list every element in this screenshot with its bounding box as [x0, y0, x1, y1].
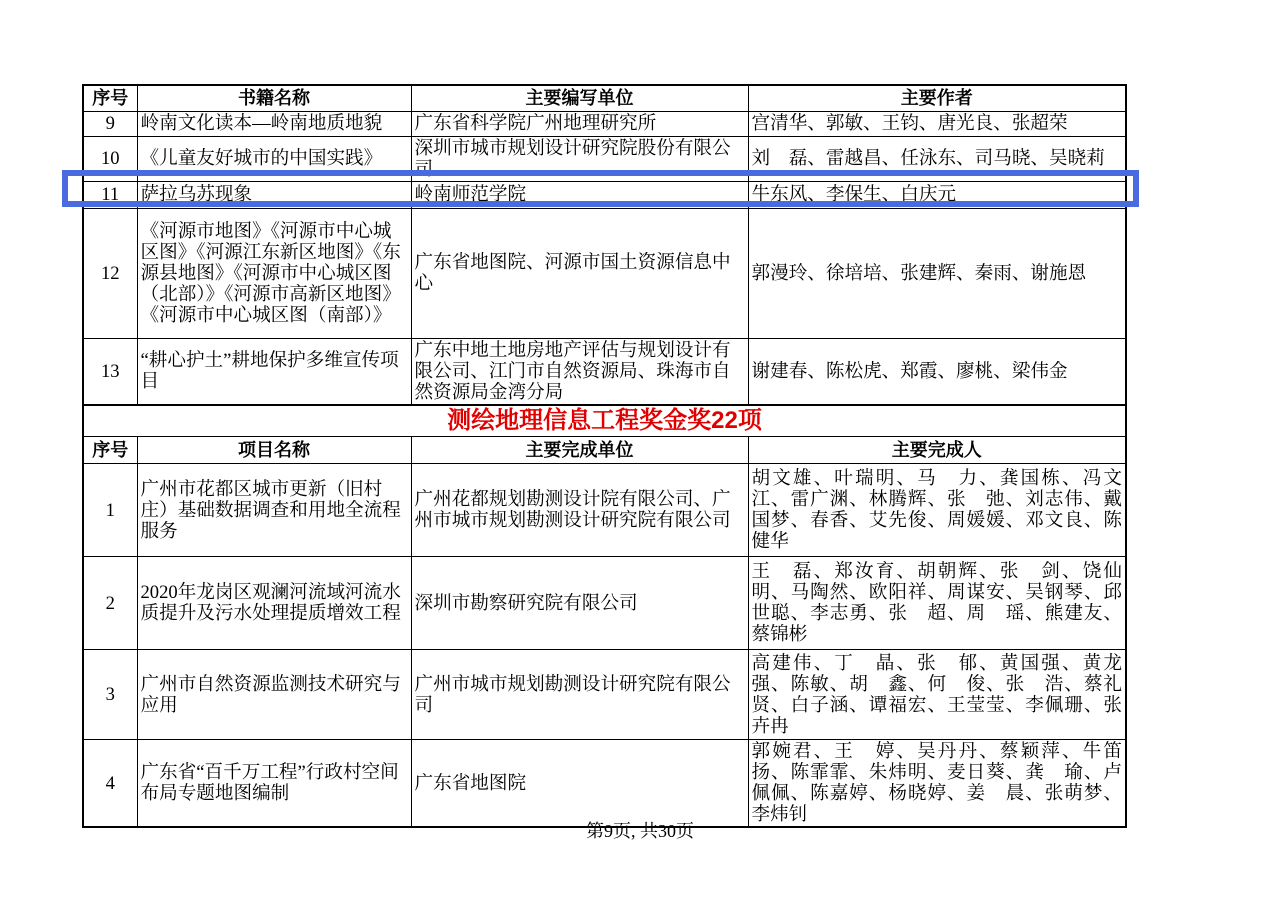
cell-unit: 广东中地土地房地产评估与规划设计有限公司、江门市自然资源局、珠海市自然资源局金湾…	[411, 338, 748, 405]
cell-book-name: 萨拉乌苏现象	[137, 181, 411, 208]
column-header-seq: 序号	[83, 437, 137, 464]
cell-authors: 牛东风、李保生、白庆元	[748, 181, 1126, 208]
cell-authors: 宫清华、郭敏、王钧、唐光良、张超荣	[748, 111, 1126, 136]
cell-seq: 9	[83, 111, 137, 136]
column-header-authors: 主要作者	[748, 85, 1126, 111]
cell-unit: 广东省科学院广州地理研究所	[411, 111, 748, 136]
table-row: 9 岭南文化读本—岭南地质地貌 广东省科学院广州地理研究所 宫清华、郭敏、王钧、…	[83, 111, 1126, 136]
cell-book-name: 《儿童友好城市的中国实践》	[137, 136, 411, 181]
cell-seq: 12	[83, 208, 137, 338]
cell-unit: 深圳市城市规划设计研究院股份有限公司	[411, 136, 748, 181]
column-header-compiling-unit: 主要编写单位	[411, 85, 748, 111]
document-page: 序号 书籍名称 主要编写单位 主要作者 9 岭南文化读本—岭南地质地貌 广东省科…	[0, 0, 1280, 905]
cell-book-name: 《河源市地图》《河源市中心城区图》《河源江东新区地图》《东源县地图》《河源市中心…	[137, 208, 411, 338]
cell-unit: 广东省地图院、河源市国土资源信息中心	[411, 208, 748, 338]
cell-project-name: 2020年龙岗区观澜河流域河流水质提升及污水处理提质增效工程	[137, 557, 411, 650]
cell-completers: 高建伟、丁 晶、张 郁、黄国强、黄龙强、陈敏、胡 鑫、何 俊、张 浩、蔡礼贤、白…	[748, 650, 1126, 740]
books-header-row: 序号 书籍名称 主要编写单位 主要作者	[83, 85, 1126, 111]
cell-unit: 广州花都规划勘测设计院有限公司、广州市城市规划勘测设计研究院有限公司	[411, 464, 748, 557]
cell-unit: 广州市城市规划勘测设计研究院有限公司	[411, 650, 748, 740]
cell-authors: 郭漫玲、徐培培、张建辉、秦雨、谢施恩	[748, 208, 1126, 338]
table-row: 1 广州市花都区城市更新（旧村庄）基础数据调查和用地全流程服务 广州花都规划勘测…	[83, 464, 1126, 557]
page-number: 第9页, 共30页	[0, 820, 1280, 842]
projects-header-row: 序号 项目名称 主要完成单位 主要完成人	[83, 437, 1126, 464]
column-header-completing-unit: 主要完成单位	[411, 437, 748, 464]
column-header-book-name: 书籍名称	[137, 85, 411, 111]
cell-project-name: 广东省“百千万工程”行政村空间布局专题地图编制	[137, 740, 411, 828]
table-row: 4 广东省“百千万工程”行政村空间布局专题地图编制 广东省地图院 郭婉君、王 婷…	[83, 740, 1126, 828]
cell-unit: 深圳市勘察研究院有限公司	[411, 557, 748, 650]
table-row: 12 《河源市地图》《河源市中心城区图》《河源江东新区地图》《东源县地图》《河源…	[83, 208, 1126, 338]
cell-unit: 岭南师范学院	[411, 181, 748, 208]
cell-book-name: 岭南文化读本—岭南地质地貌	[137, 111, 411, 136]
cell-seq: 4	[83, 740, 137, 828]
cell-authors: 刘 磊、雷越昌、任泳东、司马晓、吴晓莉	[748, 136, 1126, 181]
cell-seq: 13	[83, 338, 137, 405]
table-row: 3 广州市自然资源监测技术研究与应用 广州市城市规划勘测设计研究院有限公司 高建…	[83, 650, 1126, 740]
section-title-row: 测绘地理信息工程奖金奖22项	[83, 405, 1126, 437]
cell-seq: 2	[83, 557, 137, 650]
table-row-highlighted: 11 萨拉乌苏现象 岭南师范学院 牛东风、李保生、白庆元	[83, 181, 1126, 208]
cell-seq: 11	[83, 181, 137, 208]
table-row: 2 2020年龙岗区观澜河流域河流水质提升及污水处理提质增效工程 深圳市勘察研究…	[83, 557, 1126, 650]
awards-table: 序号 书籍名称 主要编写单位 主要作者 9 岭南文化读本—岭南地质地貌 广东省科…	[82, 84, 1127, 828]
cell-unit: 广东省地图院	[411, 740, 748, 828]
table-row: 10 《儿童友好城市的中国实践》 深圳市城市规划设计研究院股份有限公司 刘 磊、…	[83, 136, 1126, 181]
cell-book-name: “耕心护土”耕地保护多维宣传项目	[137, 338, 411, 405]
cell-completers: 郭婉君、王 婷、吴丹丹、蔡颖萍、牛笛扬、陈霏霏、朱炜明、麦日葵、龚 瑜、卢佩佩、…	[748, 740, 1126, 828]
section-title-block: 测绘地理信息工程奖金奖22项	[83, 405, 1126, 437]
section-title: 测绘地理信息工程奖金奖22项	[83, 405, 1126, 437]
cell-authors: 谢建春、陈松虎、郑霞、廖桃、梁伟金	[748, 338, 1126, 405]
cell-seq: 1	[83, 464, 137, 557]
cell-seq: 10	[83, 136, 137, 181]
cell-project-name: 广州市自然资源监测技术研究与应用	[137, 650, 411, 740]
table-row: 13 “耕心护土”耕地保护多维宣传项目 广东中地土地房地产评估与规划设计有限公司…	[83, 338, 1126, 405]
books-table-section: 序号 书籍名称 主要编写单位 主要作者 9 岭南文化读本—岭南地质地貌 广东省科…	[83, 85, 1126, 405]
column-header-project-name: 项目名称	[137, 437, 411, 464]
column-header-seq: 序号	[83, 85, 137, 111]
cell-seq: 3	[83, 650, 137, 740]
cell-completers: 王 磊、郑汝育、胡朝辉、张 剑、饶仙明、马陶然、欧阳祥、周谋安、吴钢琴、邱世聪、…	[748, 557, 1126, 650]
cell-completers: 胡文雄、叶瑞明、马 力、龚国栋、冯文江、雷广渊、林腾辉、张 弛、刘志伟、戴国梦、…	[748, 464, 1126, 557]
cell-project-name: 广州市花都区城市更新（旧村庄）基础数据调查和用地全流程服务	[137, 464, 411, 557]
column-header-completers: 主要完成人	[748, 437, 1126, 464]
projects-table-section: 序号 项目名称 主要完成单位 主要完成人 1 广州市花都区城市更新（旧村庄）基础…	[83, 437, 1126, 828]
